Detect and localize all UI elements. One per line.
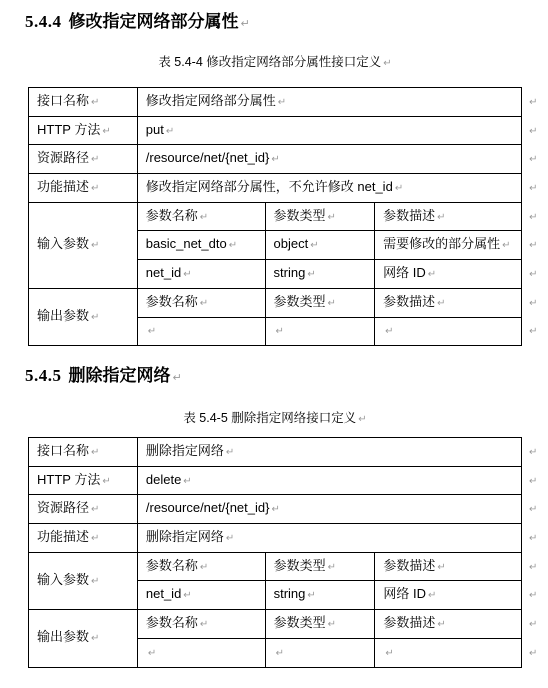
cell-text: object [274, 236, 309, 251]
cell-text: 参数名称 [146, 615, 198, 630]
table-row: HTTP 方法↵ put↵ ↵ [29, 116, 548, 145]
row-end-cell: ↵ [522, 145, 548, 174]
cell-end-mark-icon: ↵ [89, 97, 99, 108]
cell-end-mark-icon: ↵ [326, 619, 336, 630]
cell-param-name-header: 参数名称↵ [137, 288, 265, 317]
cell-end-mark-icon: ↵ [426, 269, 436, 280]
row-end-mark-icon: ↵ [527, 562, 537, 573]
cell-param-name-header: 参数名称↵ [137, 610, 265, 639]
cell-end-mark-icon: ↵ [89, 504, 99, 515]
caption-text: 表 5.4-5 删除指定网络接口定义 [183, 411, 356, 425]
cell-param-type-header: 参数类型↵ [265, 552, 375, 581]
heading-title: 修改指定网络部分属性 [69, 12, 239, 31]
cell-end-mark-icon: ↵ [269, 504, 279, 515]
cell-end-mark-icon: ↵ [181, 590, 191, 601]
cell-output-param-type: ↵ [265, 317, 375, 346]
cell-end-mark-icon: ↵ [198, 212, 208, 223]
row-end-cell: ↵ [522, 288, 548, 317]
row-end-mark-icon: ↵ [527, 326, 537, 337]
cell-text: 参数描述 [383, 615, 435, 630]
cell-end-mark-icon: ↵ [393, 183, 403, 194]
cell-interface-name-label: 接口名称↵ [29, 88, 138, 117]
cell-end-mark-icon: ↵ [164, 126, 174, 137]
cell-text: 接口名称 [37, 93, 89, 108]
cell-input-param-type: object↵ [265, 231, 375, 260]
cell-param-type-header: 参数类型↵ [265, 288, 375, 317]
cell-text: 功能描述 [37, 179, 89, 194]
row-end-cell: ↵ [522, 174, 548, 203]
cell-param-desc-header: 参数描述↵ [375, 288, 522, 317]
cell-resource-path-value: /resource/net/{net_id}↵ [137, 145, 521, 174]
cell-output-params-label: 输出参数↵ [29, 288, 138, 345]
cell-text: 删除指定网络 [146, 443, 224, 458]
cell-text: 资源路径 [37, 150, 89, 165]
cell-input-params-label: 输入参数↵ [29, 552, 138, 609]
paragraph-mark-icon: ↵ [381, 58, 391, 69]
cell-end-mark-icon: ↵ [383, 648, 393, 659]
cell-param-type-header: 参数类型↵ [265, 610, 375, 639]
row-end-cell: ↵ [522, 466, 548, 495]
row-end-cell: ↵ [522, 231, 548, 260]
cell-text: /resource/net/{net_id} [146, 500, 270, 515]
cell-description-label: 功能描述↵ [29, 174, 138, 203]
cell-end-mark-icon: ↵ [89, 576, 99, 587]
cell-input-param-name: net_id↵ [137, 581, 265, 610]
cell-input-param-name: basic_net_dto↵ [137, 231, 265, 260]
heading-number: 5.4.5 [25, 366, 62, 385]
cell-param-desc-header: 参数描述↵ [375, 552, 522, 581]
cell-end-mark-icon: ↵ [181, 476, 191, 487]
row-end-mark-icon: ↵ [527, 590, 537, 601]
cell-param-desc-header: 参数描述↵ [375, 610, 522, 639]
cell-text: 网络 ID [383, 265, 426, 280]
api-table-5-4-5: 接口名称↵ 删除指定网络↵ ↵ HTTP 方法↵ delete↵ ↵ 资源路径↵… [28, 437, 548, 668]
row-end-mark-icon: ↵ [527, 183, 537, 194]
cell-http-method-value: put↵ [137, 116, 521, 145]
row-end-cell: ↵ [522, 638, 548, 667]
cell-text: string [274, 265, 306, 280]
cell-output-params-label: 输出参数↵ [29, 610, 138, 667]
table-row: 接口名称↵ 修改指定网络部分属性↵ ↵ [29, 88, 548, 117]
cell-end-mark-icon: ↵ [89, 447, 99, 458]
cell-text: 参数类型 [274, 615, 326, 630]
cell-end-mark-icon: ↵ [269, 154, 279, 165]
cell-text: HTTP 方法 [37, 472, 100, 487]
cell-text: 参数类型 [274, 558, 326, 573]
cell-http-method-value: delete↵ [137, 466, 521, 495]
paragraph-mark-icon: ↵ [356, 414, 366, 425]
cell-text: 需要修改的部分属性 [383, 236, 500, 251]
cell-end-mark-icon: ↵ [383, 326, 393, 337]
section-heading-5-4-5: 5.4.5删除指定网络↵ [25, 365, 182, 389]
cell-text: 网络 ID [383, 586, 426, 601]
cell-text: 参数描述 [383, 294, 435, 309]
cell-end-mark-icon: ↵ [89, 533, 99, 544]
cell-output-param-name: ↵ [137, 317, 265, 346]
row-end-mark-icon: ↵ [527, 97, 537, 108]
cell-output-param-type: ↵ [265, 638, 375, 667]
cell-end-mark-icon: ↵ [227, 240, 237, 251]
cell-end-mark-icon: ↵ [181, 269, 191, 280]
table-row: 功能描述↵ 删除指定网络↵ ↵ [29, 524, 548, 553]
table-row: 输出参数↵ 参数名称↵ 参数类型↵ 参数描述↵ ↵ [29, 610, 548, 639]
cell-param-name-header: 参数名称↵ [137, 552, 265, 581]
cell-text: 删除指定网络 [146, 529, 224, 544]
row-end-cell: ↵ [522, 552, 548, 581]
row-end-cell: ↵ [522, 438, 548, 467]
cell-param-name-header: 参数名称↵ [137, 202, 265, 231]
caption-text: 表 5.4-4 修改指定网络部分属性接口定义 [158, 55, 381, 69]
row-end-cell: ↵ [522, 610, 548, 639]
api-table-5-4-4: 接口名称↵ 修改指定网络部分属性↵ ↵ HTTP 方法↵ put↵ ↵ 资源路径… [28, 87, 548, 346]
cell-text: 输入参数 [37, 572, 89, 587]
cell-input-param-desc: 网络 ID↵ [375, 260, 522, 289]
cell-end-mark-icon: ↵ [435, 562, 445, 573]
table-caption-5-4-5: 表 5.4-5 删除指定网络接口定义↵ [28, 411, 522, 427]
cell-http-method-label: HTTP 方法↵ [29, 466, 138, 495]
paragraph-mark-icon: ↵ [239, 17, 250, 30]
cell-text: put [146, 122, 164, 137]
table-row: 功能描述↵ 修改指定网络部分属性，不允许修改 net_id↵ ↵ [29, 174, 548, 203]
cell-end-mark-icon: ↵ [326, 212, 336, 223]
cell-resource-path-label: 资源路径↵ [29, 145, 138, 174]
cell-end-mark-icon: ↵ [500, 240, 510, 251]
row-end-mark-icon: ↵ [527, 126, 537, 137]
table-row: HTTP 方法↵ delete↵ ↵ [29, 466, 548, 495]
heading-title: 删除指定网络 [69, 366, 171, 385]
cell-interface-name-value: 删除指定网络↵ [137, 438, 521, 467]
cell-text: 修改指定网络部分属性 [146, 93, 276, 108]
cell-description-value: 删除指定网络↵ [137, 524, 521, 553]
cell-text: 参数类型 [274, 208, 326, 223]
cell-end-mark-icon: ↵ [435, 212, 445, 223]
cell-end-mark-icon: ↵ [89, 312, 99, 323]
cell-interface-name-value: 修改指定网络部分属性↵ [137, 88, 521, 117]
row-end-mark-icon: ↵ [527, 154, 537, 165]
cell-text: 参数描述 [383, 208, 435, 223]
cell-input-param-name: net_id↵ [137, 260, 265, 289]
cell-text: 输出参数 [37, 629, 89, 644]
heading-number: 5.4.4 [25, 12, 62, 31]
cell-description-value: 修改指定网络部分属性，不允许修改 net_id↵ [137, 174, 521, 203]
cell-end-mark-icon: ↵ [305, 590, 315, 601]
cell-input-params-label: 输入参数↵ [29, 202, 138, 288]
section-heading-5-4-4: 5.4.4修改指定网络部分属性↵ [25, 11, 250, 35]
cell-text: HTTP 方法 [37, 122, 100, 137]
cell-output-param-desc: ↵ [375, 317, 522, 346]
row-end-cell: ↵ [522, 495, 548, 524]
cell-input-param-type: string↵ [265, 581, 375, 610]
cell-output-param-desc: ↵ [375, 638, 522, 667]
cell-text: 资源路径 [37, 500, 89, 515]
row-end-mark-icon: ↵ [527, 619, 537, 630]
cell-end-mark-icon: ↵ [89, 633, 99, 644]
document-page: 5.4.4修改指定网络部分属性↵ 表 5.4-4 修改指定网络部分属性接口定义↵… [0, 0, 548, 688]
cell-param-desc-header: 参数描述↵ [375, 202, 522, 231]
cell-end-mark-icon: ↵ [100, 126, 110, 137]
cell-input-param-desc: 需要修改的部分属性↵ [375, 231, 522, 260]
row-end-mark-icon: ↵ [527, 212, 537, 223]
cell-text: 输入参数 [37, 236, 89, 251]
cell-end-mark-icon: ↵ [89, 183, 99, 194]
cell-text: basic_net_dto [146, 236, 227, 251]
cell-end-mark-icon: ↵ [198, 619, 208, 630]
cell-interface-name-label: 接口名称↵ [29, 438, 138, 467]
table-row: 输出参数↵ 参数名称↵ 参数类型↵ 参数描述↵ ↵ [29, 288, 548, 317]
cell-end-mark-icon: ↵ [326, 298, 336, 309]
cell-resource-path-label: 资源路径↵ [29, 495, 138, 524]
cell-end-mark-icon: ↵ [308, 240, 318, 251]
cell-end-mark-icon: ↵ [224, 447, 234, 458]
cell-output-param-name: ↵ [137, 638, 265, 667]
cell-end-mark-icon: ↵ [326, 562, 336, 573]
row-end-mark-icon: ↵ [527, 476, 537, 487]
row-end-cell: ↵ [522, 260, 548, 289]
cell-text: string [274, 586, 306, 601]
cell-end-mark-icon: ↵ [89, 240, 99, 251]
cell-end-mark-icon: ↵ [198, 298, 208, 309]
table-row: 输入参数↵ 参数名称↵ 参数类型↵ 参数描述↵ ↵ [29, 202, 548, 231]
cell-text: net_id [146, 586, 181, 601]
cell-text: 修改指定网络部分属性，不允许修改 net_id [146, 179, 393, 194]
cell-end-mark-icon: ↵ [435, 298, 445, 309]
cell-text: 参数描述 [383, 558, 435, 573]
cell-text: /resource/net/{net_id} [146, 150, 270, 165]
row-end-cell: ↵ [522, 116, 548, 145]
table-caption-5-4-4: 表 5.4-4 修改指定网络部分属性接口定义↵ [28, 55, 522, 71]
cell-param-type-header: 参数类型↵ [265, 202, 375, 231]
cell-resource-path-value: /resource/net/{net_id}↵ [137, 495, 521, 524]
cell-end-mark-icon: ↵ [89, 154, 99, 165]
cell-end-mark-icon: ↵ [100, 476, 110, 487]
row-end-cell: ↵ [522, 317, 548, 346]
cell-text: 参数类型 [274, 294, 326, 309]
row-end-mark-icon: ↵ [527, 269, 537, 280]
cell-end-mark-icon: ↵ [274, 326, 284, 337]
cell-input-param-desc: 网络 ID↵ [375, 581, 522, 610]
cell-end-mark-icon: ↵ [435, 619, 445, 630]
paragraph-mark-icon: ↵ [171, 371, 182, 384]
row-end-mark-icon: ↵ [527, 298, 537, 309]
row-end-mark-icon: ↵ [527, 504, 537, 515]
row-end-cell: ↵ [522, 88, 548, 117]
row-end-cell: ↵ [522, 524, 548, 553]
row-end-mark-icon: ↵ [527, 240, 537, 251]
cell-text: 参数名称 [146, 294, 198, 309]
row-end-mark-icon: ↵ [527, 447, 537, 458]
cell-text: 参数名称 [146, 558, 198, 573]
cell-end-mark-icon: ↵ [426, 590, 436, 601]
cell-end-mark-icon: ↵ [146, 326, 156, 337]
table-row: 输入参数↵ 参数名称↵ 参数类型↵ 参数描述↵ ↵ [29, 552, 548, 581]
table-row: 资源路径↵ /resource/net/{net_id}↵ ↵ [29, 495, 548, 524]
cell-text: 输出参数 [37, 308, 89, 323]
row-end-cell: ↵ [522, 581, 548, 610]
cell-end-mark-icon: ↵ [276, 97, 286, 108]
cell-end-mark-icon: ↵ [274, 648, 284, 659]
cell-end-mark-icon: ↵ [146, 648, 156, 659]
cell-input-param-type: string↵ [265, 260, 375, 289]
cell-description-label: 功能描述↵ [29, 524, 138, 553]
cell-end-mark-icon: ↵ [198, 562, 208, 573]
cell-text: 接口名称 [37, 443, 89, 458]
row-end-cell: ↵ [522, 202, 548, 231]
table-row: 资源路径↵ /resource/net/{net_id}↵ ↵ [29, 145, 548, 174]
cell-text: net_id [146, 265, 181, 280]
cell-text: 参数名称 [146, 208, 198, 223]
cell-end-mark-icon: ↵ [224, 533, 234, 544]
row-end-mark-icon: ↵ [527, 648, 537, 659]
cell-text: delete [146, 472, 181, 487]
cell-end-mark-icon: ↵ [305, 269, 315, 280]
cell-text: 功能描述 [37, 529, 89, 544]
row-end-mark-icon: ↵ [527, 533, 537, 544]
cell-http-method-label: HTTP 方法↵ [29, 116, 138, 145]
table-row: 接口名称↵ 删除指定网络↵ ↵ [29, 438, 548, 467]
